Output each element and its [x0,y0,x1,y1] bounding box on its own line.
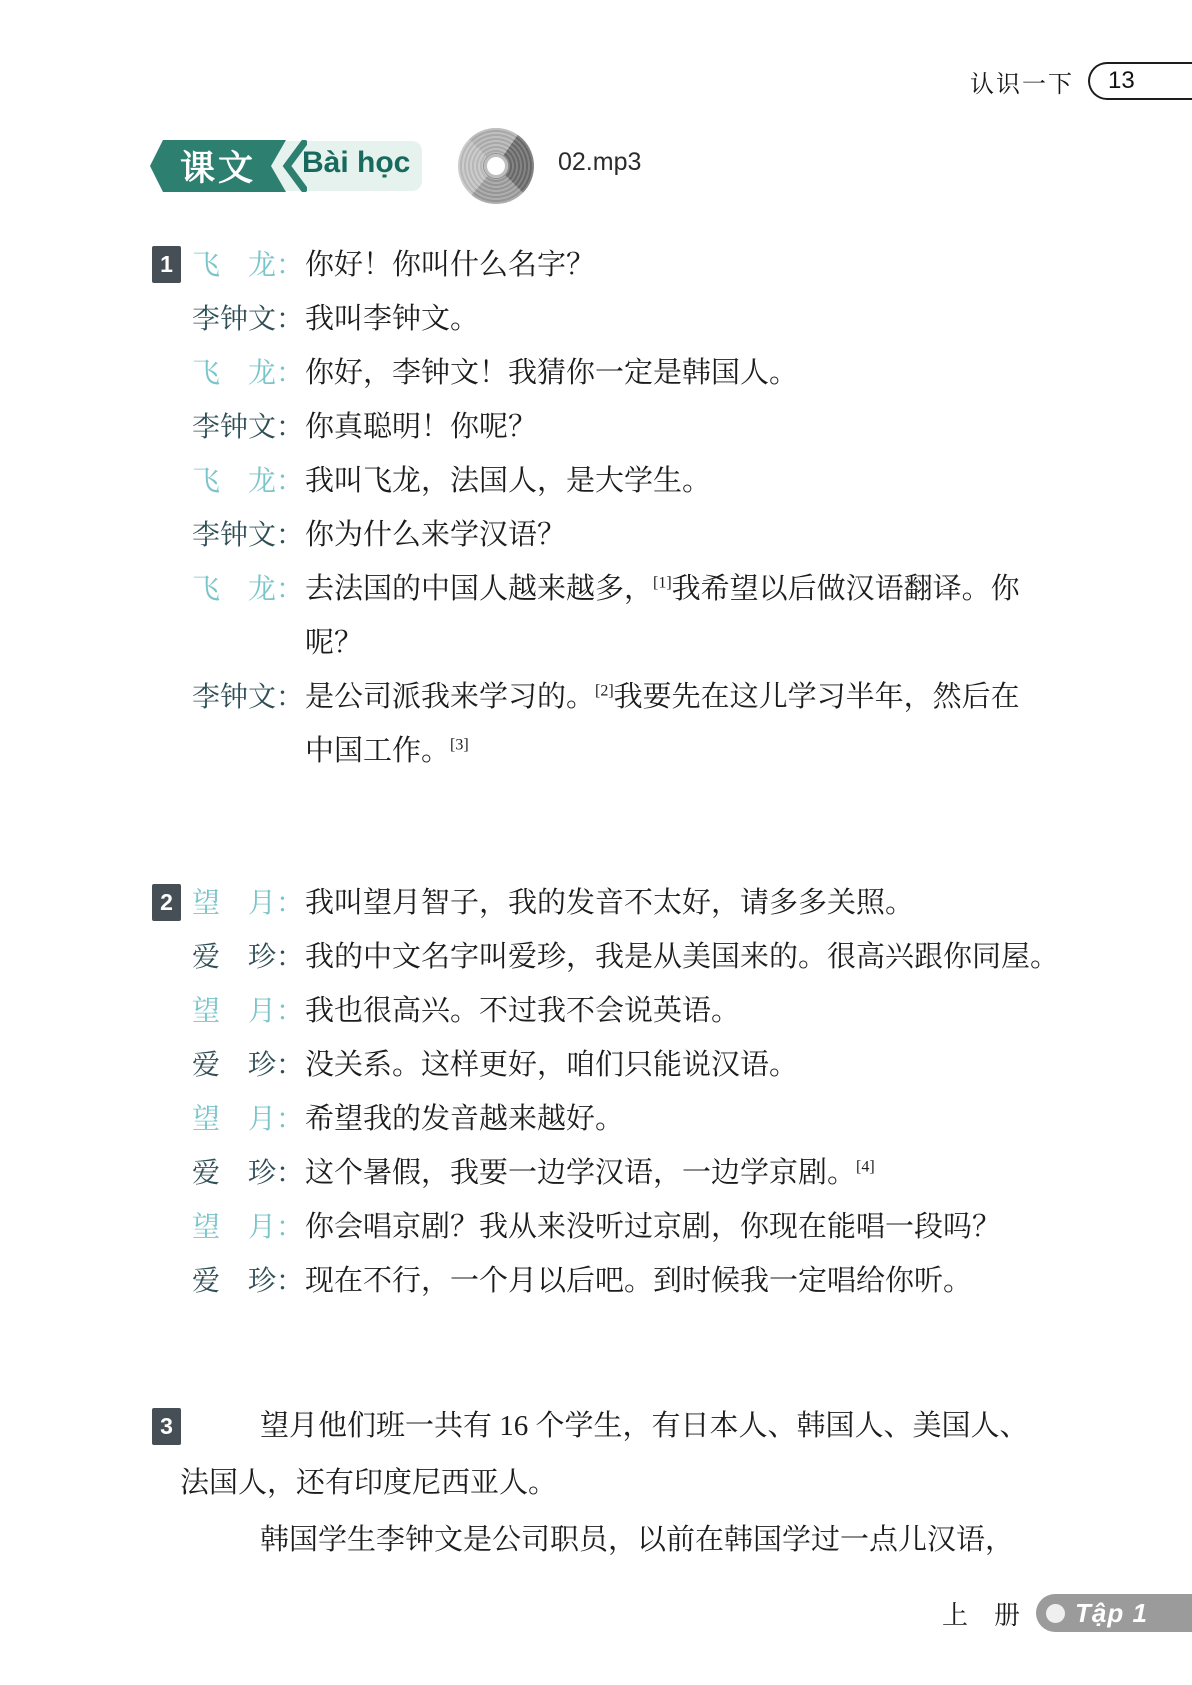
dialog-number-badge: 1 [152,246,181,283]
speaker-label: 爱 珍： [192,1038,305,1092]
dialogue-line: 望 月： 希望我的发音越来越好。 [192,1092,1118,1146]
page-number: 13 [1108,67,1135,95]
narrative-paragraph: 望月他们班一共有 16 个学生，有日本人、韩国人、美国人、法国人，还有印度尼西亚… [180,1398,1118,1512]
page-footer: 上 册 Tập 1 [942,1594,1192,1632]
dialogue-line: 爱 珍： 现在不行，一个月以后吧。到时候我一定唱给你听。 [192,1254,1118,1308]
speaker-label: 李钟文： [192,508,305,562]
line-text: 我也很高兴。不过我不会说英语。 [305,984,1118,1038]
speaker-label: 爱 珍： [192,1146,305,1200]
dialog-2: 2 望 月： 我叫望月智子，我的发音不太好，请多多关照。 爱 珍： 我的中文名字… [152,876,1118,1308]
line-text-segment: 没关系。这样更好，咱们只能说汉语。 [305,1049,798,1081]
dialog-lines: 飞 龙： 你好！你叫什么名字？ 李钟文： 我叫李钟文。 飞 龙： 你好，李钟文！… [192,238,1118,778]
section-3: 3 望月他们班一共有 16 个学生，有日本人、韩国人、美国人、法国人，还有印度尼… [152,1398,1118,1569]
dialogue-line: 望 月： 你会唱京剧？我从来没听过京剧，你现在能唱一段吗？ [192,1200,1118,1254]
line-text-segment: 现在不行，一个月以后吧。到时候我一定唱给你听。 [305,1265,972,1297]
speaker-label: 李钟文： [192,400,305,454]
line-text: 去法国的中国人越来越多，[1]我希望以后做汉语翻译。你呢？ [305,562,1118,670]
line-text-segment: 我也很高兴。不过我不会说英语。 [305,995,740,1027]
volume-badge-label: Tập 1 [1075,1598,1148,1629]
line-text: 我的中文名字叫爱珍，我是从美国来的。很高兴跟你同屋。 [305,930,1118,984]
speaker-label: 爱 珍： [192,930,305,984]
line-text-segment: 我的中文名字叫爱珍，我是从美国来的。很高兴跟你同屋。 [305,941,1059,973]
line-text-segment: 我要先在这儿学习半年，然后在 [614,681,1020,713]
lesson-tag-label: 课文 [180,141,256,191]
line-text-segment: 你为什么来学汉语？ [305,519,566,551]
dialogue-line: 望 月： 我叫望月智子，我的发音不太好，请多多关照。 [192,876,1118,930]
line-text-segment: 你会唱京剧？我从来没听过京剧，你现在能唱一段吗？ [305,1211,1001,1243]
line-text: 我叫望月智子，我的发音不太好，请多多关照。 [305,876,1118,930]
footnote-ref: [4] [856,1158,875,1175]
speaker-label: 望 月： [192,1092,305,1146]
dialogue-line: 飞 龙： 你好，李钟文！我猜你一定是韩国人。 [192,346,1118,400]
page-header: 认识一下 13 [970,62,1192,100]
lesson-subtitle: Bài học [302,146,410,180]
speaker-label: 飞 龙： [192,562,305,616]
line-text: 你真聪明！你呢？ [305,400,1118,454]
line-text-segment: 我叫望月智子，我的发音不太好，请多多关照。 [305,887,914,919]
dialogue-line: 飞 龙： 去法国的中国人越来越多，[1]我希望以后做汉语翻译。你呢？ [192,562,1118,670]
line-text-segment: 韩国学生李钟文是公司职员，以前在韩国学过一点儿汉语， [260,1524,1014,1556]
line-text-segment: 望月他们班一共有 16 个学生，有日本人、韩国人、美国人、 [260,1410,1029,1442]
line-text-segment: 我希望以后做汉语翻译。你 [672,573,1020,605]
speaker-label: 望 月： [192,984,305,1038]
section-paragraphs: 望月他们班一共有 16 个学生，有日本人、韩国人、美国人、法国人，还有印度尼西亚… [180,1398,1118,1569]
narrative-paragraph: 韩国学生李钟文是公司职员，以前在韩国学过一点儿汉语， [180,1512,1118,1569]
line-text: 你为什么来学汉语？ [305,508,1118,562]
line-text: 是公司派我来学习的。[2]我要先在这儿学习半年，然后在中国工作。[3] [305,670,1118,778]
line-text-segment: 你好，李钟文！我猜你一定是韩国人。 [305,357,798,389]
line-text: 现在不行，一个月以后吧。到时候我一定唱给你听。 [305,1254,1118,1308]
dialogue-line: 飞 龙： 我叫飞龙，法国人，是大学生。 [192,454,1118,508]
audio-filename: 02.mp3 [558,148,641,177]
line-text: 你会唱京剧？我从来没听过京剧，你现在能唱一段吗？ [305,1200,1118,1254]
line-text-segment: 去法国的中国人越来越多， [305,573,653,605]
dialogue-line: 李钟文： 是公司派我来学习的。[2]我要先在这儿学习半年，然后在中国工作。[3] [192,670,1118,778]
speaker-label: 李钟文： [192,292,305,346]
footnote-ref: [1] [653,574,672,591]
line-text-segment: 呢？ [305,627,363,659]
speaker-label: 望 月： [192,876,305,930]
speaker-label: 爱 珍： [192,1254,305,1308]
cd-disc-icon [458,128,534,204]
speaker-label: 飞 龙： [192,454,305,508]
volume-dot-icon [1046,1604,1065,1623]
dialogue-line: 爱 珍： 我的中文名字叫爱珍，我是从美国来的。很高兴跟你同屋。 [192,930,1118,984]
line-text: 我叫李钟文。 [305,292,1118,346]
line-text-segment: 这个暑假，我要一边学汉语，一边学京剧。 [305,1157,856,1189]
line-text-segment: 我叫李钟文。 [305,303,479,335]
dialog-1: 1 飞 龙： 你好！你叫什么名字？ 李钟文： 我叫李钟文。 飞 龙： 你好，李钟… [152,238,1118,778]
line-text-segment: 你好！你叫什么名字？ [305,249,595,281]
volume-badge: Tập 1 [1036,1594,1192,1632]
line-text: 希望我的发音越来越好。 [305,1092,1118,1146]
line-text: 这个暑假，我要一边学汉语，一边学京剧。[4] [305,1146,1118,1200]
line-text: 我叫飞龙，法国人，是大学生。 [305,454,1118,508]
dialog-lines: 望 月： 我叫望月智子，我的发音不太好，请多多关照。 爱 珍： 我的中文名字叫爱… [192,876,1118,1308]
section-number-badge: 3 [152,1408,181,1445]
dialog-number-badge: 2 [152,884,181,921]
line-text-segment: 是公司派我来学习的。 [305,681,595,713]
volume-label: 上 册 [942,1595,1020,1632]
footnote-ref: [3] [450,736,469,753]
line-text: 你好，李钟文！我猜你一定是韩国人。 [305,346,1118,400]
speaker-label: 李钟文： [192,670,305,724]
line-text-segment: 我叫飞龙，法国人，是大学生。 [305,465,711,497]
line-text-segment: 你真聪明！你呢？ [305,411,537,443]
dialogue-line: 爱 珍： 这个暑假，我要一边学汉语，一边学京剧。[4] [192,1146,1118,1200]
lesson-tag: 课文 [150,140,286,192]
line-text-segment: 希望我的发音越来越好。 [305,1103,624,1135]
speaker-label: 飞 龙： [192,238,305,292]
dialogue-line: 望 月： 我也很高兴。不过我不会说英语。 [192,984,1118,1038]
speaker-label: 飞 龙： [192,346,305,400]
dialogue-line: 李钟文： 你为什么来学汉语？ [192,508,1118,562]
footnote-ref: [2] [595,682,614,699]
line-text-segment: 中国工作。 [305,735,450,767]
line-text: 你好！你叫什么名字？ [305,238,1118,292]
page-number-pill: 13 [1088,62,1192,100]
line-text: 没关系。这样更好，咱们只能说汉语。 [305,1038,1118,1092]
dialogue-line: 爱 珍： 没关系。这样更好，咱们只能说汉语。 [192,1038,1118,1092]
line-text-segment: 法国人，还有印度尼西亚人。 [180,1467,557,1499]
speaker-label: 望 月： [192,1200,305,1254]
dialogue-line: 李钟文： 你真聪明！你呢？ [192,400,1118,454]
lesson-banner: 课文 Bài học 02.mp3 [150,140,790,192]
dialogue-line: 李钟文： 我叫李钟文。 [192,292,1118,346]
dialogue-line: 飞 龙： 你好！你叫什么名字？ [192,238,1118,292]
section-label: 认识一下 [970,64,1074,99]
